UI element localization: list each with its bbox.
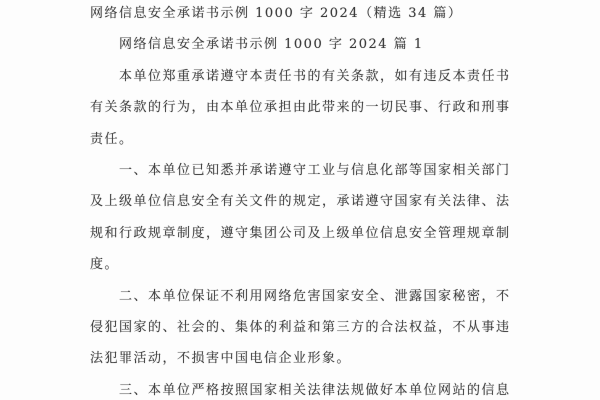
- body-line: 度。: [90, 249, 600, 280]
- body-line: 一、本单位已知悉并承诺遵守工业与信息化部等国家相关部门: [90, 155, 600, 186]
- body-line: 侵犯国家的、社会的、集体的利益和第三方的合法权益，不从事违: [90, 312, 600, 343]
- title-line: 网络信息安全承诺书示例 1000 字 2024（精选 34 篇）: [90, 0, 600, 29]
- body-line: 规和行政规章制度，遵守集团公司及上级单位信息安全管理规章制: [90, 218, 600, 249]
- document-text: 网络信息安全承诺书示例 1000 字 2024（精选 34 篇）网络信息安全承诺…: [90, 0, 600, 400]
- body-line: 责任。: [90, 124, 600, 155]
- body-line: 及上级单位信息安全有关文件的规定，承诺遵守国家有关法律、法: [90, 186, 600, 217]
- body-line: 二、本单位保证不利用网络危害国家安全、泄露国家秘密，不: [90, 281, 600, 312]
- body-line: 法犯罪活动，不损害中国电信企业形象。: [90, 343, 600, 374]
- body-line: 三、本单位严格按照国家相关法律法规做好本单位网站的信息: [90, 375, 600, 400]
- body-line: 本单位郑重承诺遵守本责任书的有关条款，如有违反本责任书: [90, 61, 600, 92]
- body-line: 有关条款的行为，由本单位承担由此带来的一切民事、行政和刑事: [90, 92, 600, 123]
- document-page: 网络信息安全承诺书示例 1000 字 2024（精选 34 篇）网络信息安全承诺…: [0, 0, 600, 400]
- subtitle-line: 网络信息安全承诺书示例 1000 字 2024 篇 1: [90, 29, 600, 60]
